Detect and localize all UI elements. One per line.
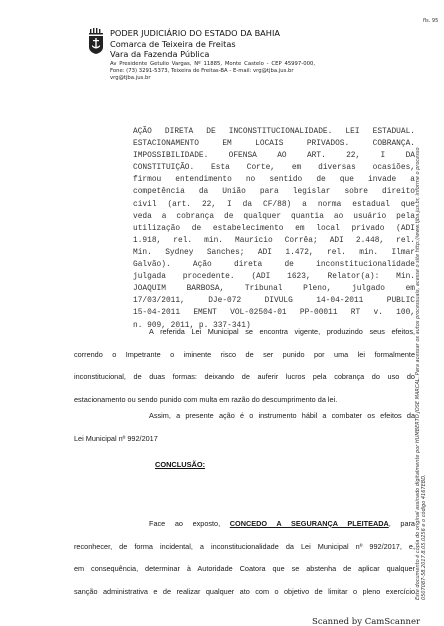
quote-line: 15-04-2011 EMENT VOL-02504-01 PP-00011 R…	[133, 307, 415, 319]
quote-line: julgada procedente. (ADI 1623, Relator(a…	[133, 271, 415, 283]
quote-line: firmou entendimento no sentido de que in…	[133, 174, 415, 186]
paragraph-line: sanção administrativa e de realizar qual…	[74, 581, 415, 604]
coat-of-arms-icon	[88, 28, 104, 54]
paragraph-line: Face ao exposto, CONCEDO A SEGURANÇA PLE…	[74, 513, 415, 536]
scanner-watermark: Scanned by CamScanner	[312, 617, 420, 626]
page-number: fls. 95	[423, 18, 438, 24]
vara-name: Vara da Fazenda Pública	[110, 49, 340, 60]
quote-line: IMPOSSIBILIDADE. OFENSA AO ART. 22, I DA	[133, 150, 415, 162]
paragraph-line: correndo o Impetrante o iminente risco d…	[74, 344, 415, 367]
quote-line: JOAQUIM BARBOSA, Tribunal Pleno, julgado…	[133, 283, 415, 295]
paragraph-line: em consequência, determinar à Autoridade…	[74, 558, 415, 581]
quote-line: CONSTITUIÇÃO. Esta Corte, em diversas oc…	[133, 162, 415, 174]
quote-line: Galvão). Ação direta de inconstitucional…	[133, 259, 415, 271]
conclusion-prefix: Face ao exposto,	[149, 519, 220, 528]
paragraph-line: reconhecer, de forma incidental, a incon…	[74, 536, 415, 559]
jurisprudence-quote: AÇÃO DIRETA DE INCONSTITUCIONALIDADE. LE…	[133, 126, 415, 332]
paragraph-instrumento: Assim, a presente ação é o instrumento h…	[74, 405, 415, 450]
paragraph-lei-vigente: A referida Lei Municipal se encontra vig…	[74, 321, 415, 411]
quote-line: veda a cobrança de qualquer quantia ao u…	[133, 211, 415, 223]
conclusion-suffix: , para	[389, 519, 415, 528]
decision-highlight: CONCEDO A SEGURANÇA PLEITEADA	[230, 519, 389, 528]
paragraph-line: A referida Lei Municipal se encontra vig…	[74, 321, 415, 344]
quote-line: utilização de estabelecimento em local p…	[133, 223, 415, 235]
quote-line: ESTACIONAMENTO EM LOCAIS PRIVADOS. COBRA…	[133, 138, 415, 150]
quote-line: AÇÃO DIRETA DE INCONSTITUCIONALIDADE. LE…	[133, 126, 415, 138]
institution-name: PODER JUDICIÁRIO DO ESTADO DA BAHIA	[110, 28, 340, 39]
stamp-line-2: 0507087-58.2017.8.05.0256 e o código 416…	[421, 70, 427, 600]
conclusion-heading: CONCLUSÃO:	[155, 460, 205, 469]
quote-line: 17/03/2011, DJe-072 DIVULG 14-04-2011 PU…	[133, 295, 415, 307]
paragraph-line: Assim, a presente ação é o instrumento h…	[74, 405, 415, 428]
digital-signature-stamp: Este documento é cópia do original assin…	[415, 70, 437, 600]
paragraph-line: inconstitucional, de duas formas: deixan…	[74, 366, 415, 389]
paragraph-conclusion: Face ao exposto, CONCEDO A SEGURANÇA PLE…	[74, 513, 415, 603]
quote-line: competência da União para legislar sobre…	[133, 186, 415, 198]
court-email: vrg@tjba.jus.br	[110, 75, 340, 82]
comarca-name: Comarca de Teixeira de Freitas	[110, 39, 340, 50]
quote-line: 1.918, rel. min. Maurício Corrêa; ADI 2.…	[133, 235, 415, 247]
paragraph-line: Lei Municipal nº 992/2017	[74, 428, 415, 451]
court-address: Av Presidente Getulio Vargas, Nº 11885, …	[110, 61, 315, 75]
header-text-block: PODER JUDICIÁRIO DO ESTADO DA BAHIA Coma…	[110, 28, 340, 82]
quote-line: Min. Sydney Sanches; ADI 1.472, rel. min…	[133, 247, 415, 259]
quote-line: civil (art. 22, I da CF/88) a norma esta…	[133, 199, 415, 211]
